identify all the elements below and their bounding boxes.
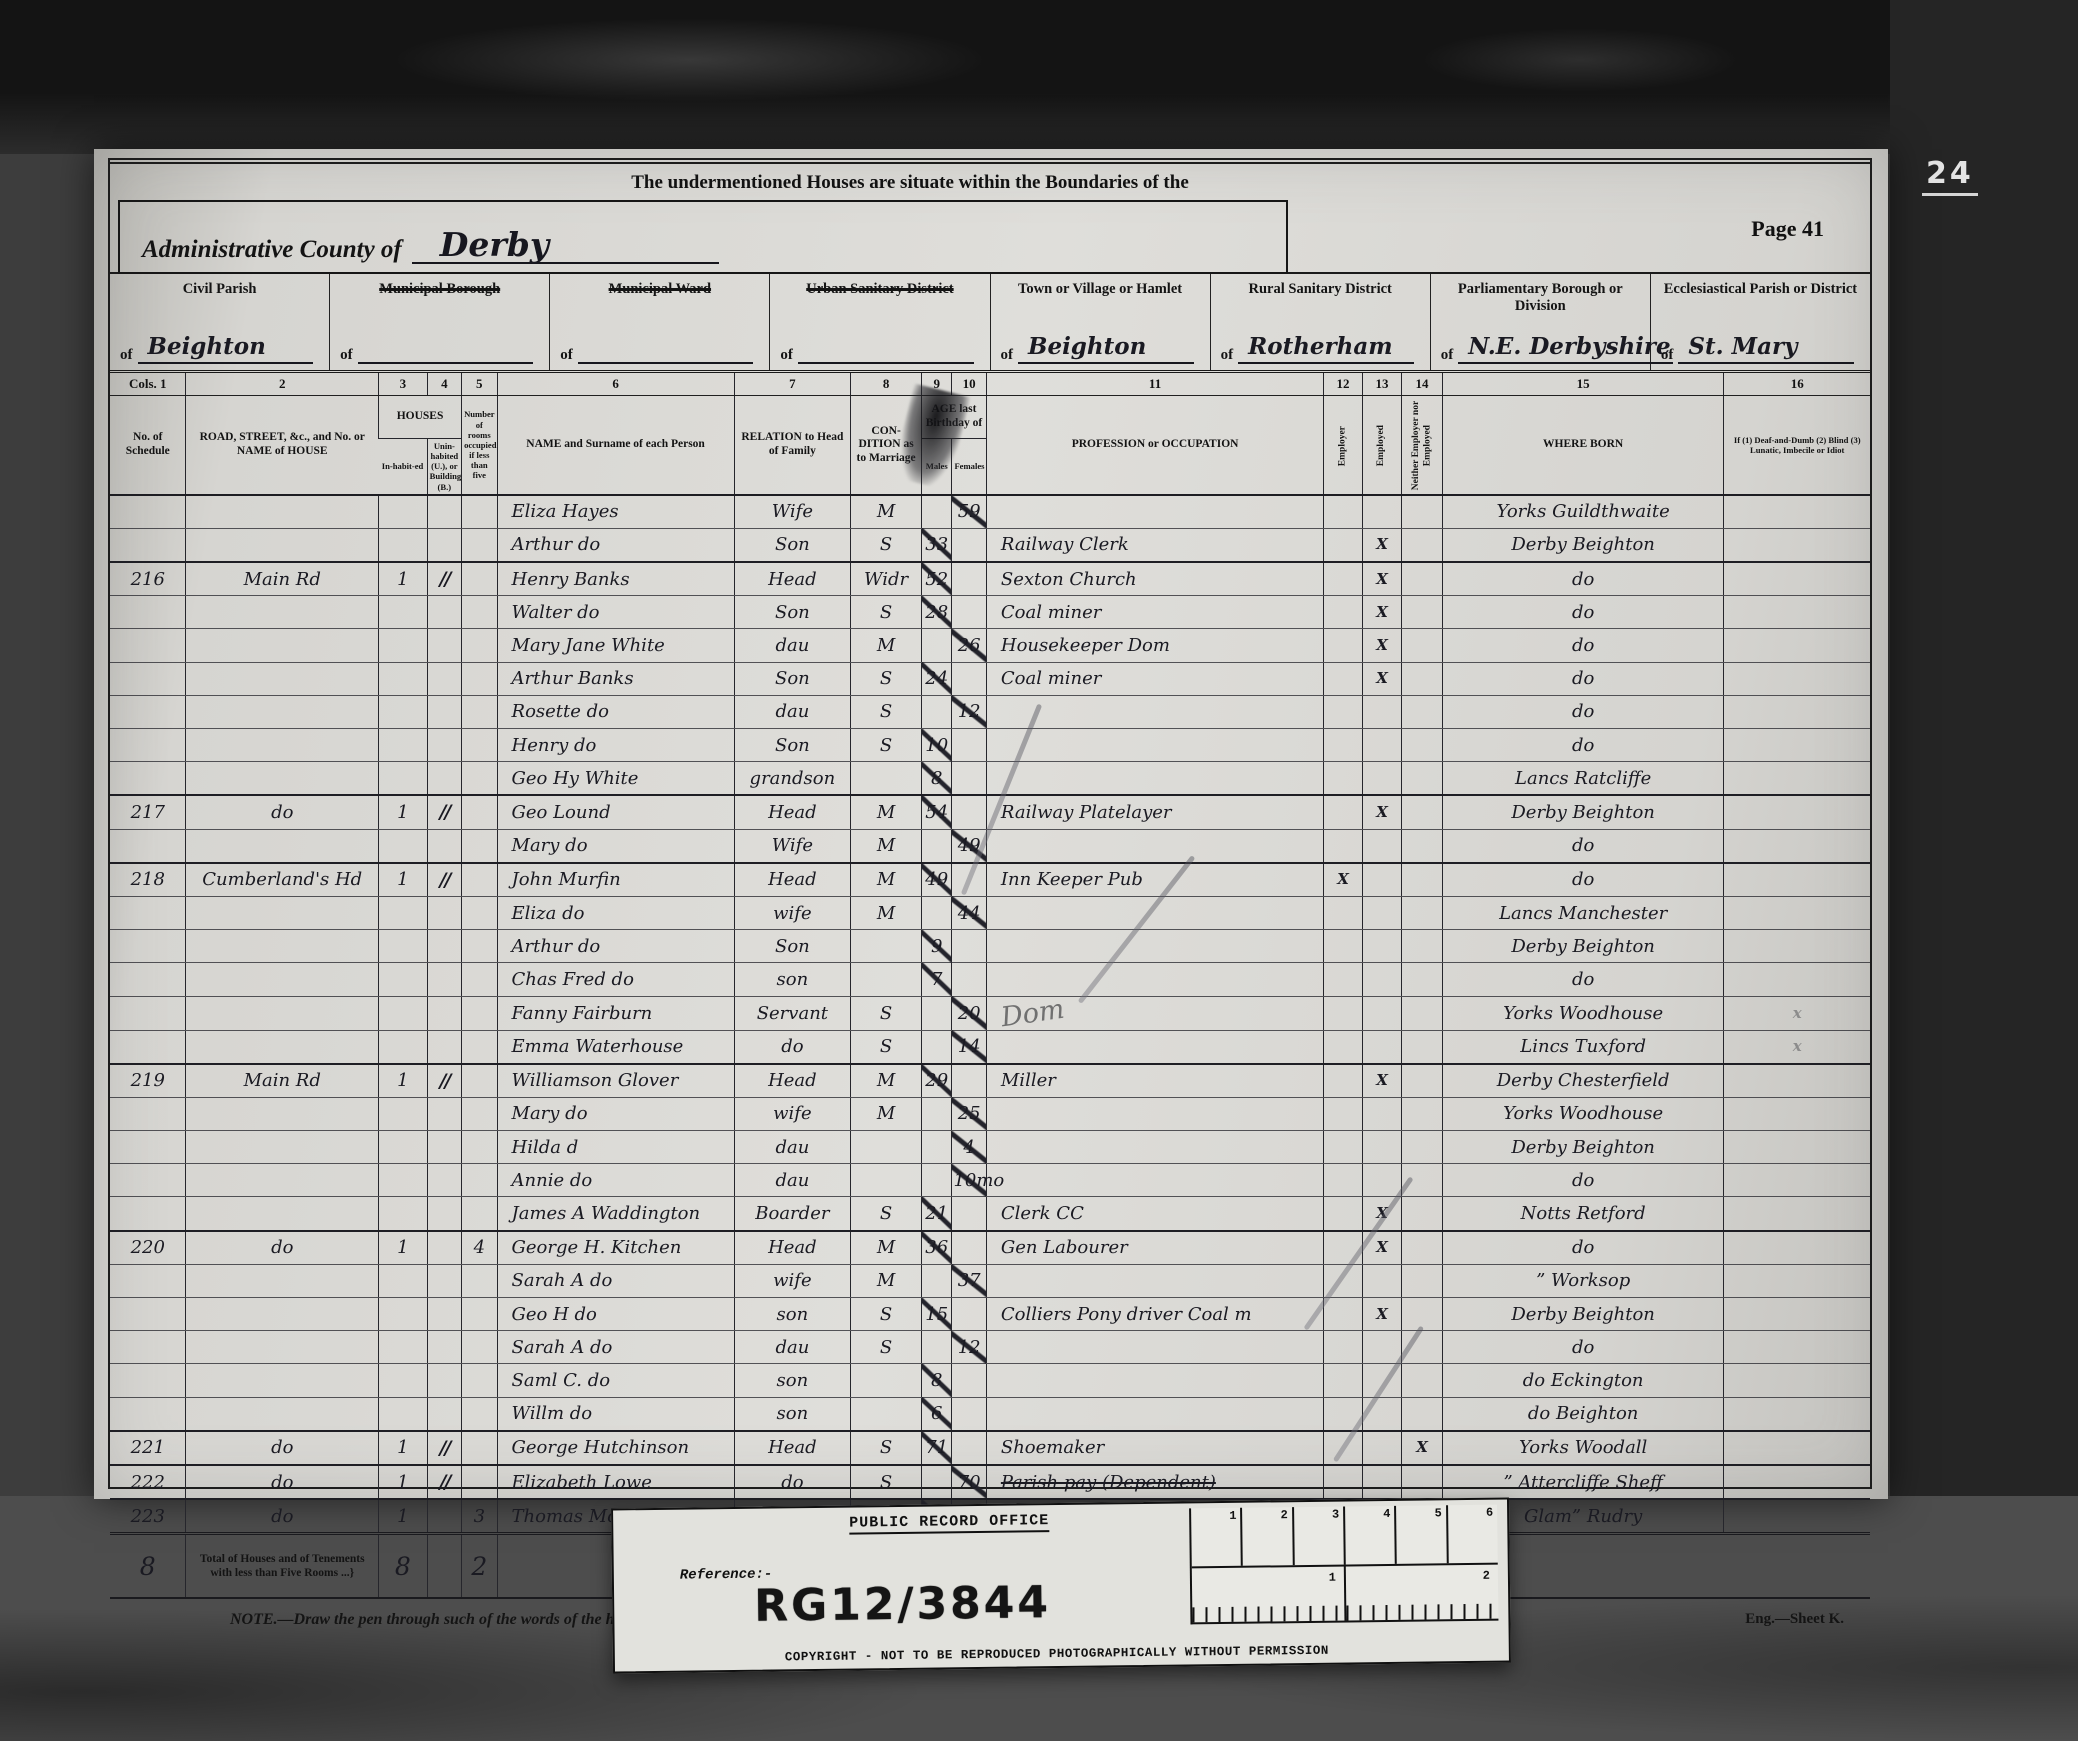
total-schedules: 8 (110, 1534, 186, 1599)
district-value-handwritten (798, 333, 974, 364)
value-infirm: x (1793, 1037, 1802, 1055)
district-label: Municipal Borough (330, 281, 549, 298)
cell-mark (427, 629, 461, 662)
cell-sched (110, 1397, 186, 1431)
value-rel: wife (773, 1103, 811, 1124)
cell-occ: Dom (986, 996, 1323, 1030)
cell-sched (110, 1030, 186, 1064)
value-born: ” Worksop (1536, 1270, 1630, 1291)
value-name: Geo H do (512, 1304, 597, 1325)
district-label: Parliamentary Borough or Division (1431, 281, 1650, 316)
cell-infirm (1724, 1298, 1870, 1331)
value-name: Arthur do (512, 534, 601, 555)
ruler-cell: 1 (1192, 1567, 1347, 1623)
cell-rel: Son (734, 930, 851, 963)
cell-cond: S (851, 596, 922, 629)
value-empd: X (1376, 1305, 1388, 1323)
cell-born: Lancs Ratcliffe (1442, 762, 1724, 796)
cell-mark (427, 1264, 461, 1297)
cell-rooms (462, 695, 497, 728)
district-label: Municipal Ward (550, 281, 769, 298)
totals-houses-label: Total of Houses and of Tenements with le… (186, 1534, 379, 1599)
district-of-line: ofN.E. Derbyshire (1441, 333, 1634, 364)
cell-neither (1402, 963, 1443, 996)
cell-inh: 1 (379, 1231, 428, 1265)
cell-empd (1362, 1264, 1402, 1297)
value-m: 24 (925, 668, 948, 689)
value-m: 54 (925, 802, 948, 823)
cell-name: Chas Fred do (497, 963, 734, 996)
value-neither: X (1416, 1438, 1428, 1456)
cell-emp (1324, 1231, 1363, 1265)
value-m: 8 (931, 1370, 942, 1391)
cell-f: 44 (952, 896, 986, 929)
cell-occ: Gen Labourer (986, 1231, 1323, 1265)
col-number: 9 (922, 373, 952, 396)
cell-road (186, 695, 379, 728)
cell-m (922, 996, 952, 1030)
cell-emp (1324, 1264, 1363, 1297)
cell-occ (986, 1164, 1323, 1197)
value-rel: wife (773, 1270, 811, 1291)
cell-rooms (462, 795, 497, 829)
cell-inh (379, 1397, 428, 1431)
cell-born: Yorks Woodhouse (1442, 1097, 1724, 1130)
cell-empd (1362, 930, 1402, 963)
cell-cond: M (851, 863, 922, 897)
ruler-top-scale: 123456 (1191, 1505, 1498, 1569)
value-name: Sarah A do (512, 1270, 613, 1291)
value-rel: Son (775, 668, 810, 689)
cell-cond: S (851, 695, 922, 728)
value-name: Willm do (512, 1403, 593, 1424)
cell-sched: 218 (110, 863, 186, 897)
value-born: do Beighton (1528, 1403, 1639, 1424)
cell-m: 33 (922, 528, 952, 562)
value-m: 6 (931, 1403, 942, 1424)
col-number: 3 (379, 373, 428, 396)
cell-occ (986, 762, 1323, 796)
cell-cond (851, 930, 922, 963)
of-label: of (1441, 347, 1454, 364)
cell-rel: Head (734, 863, 851, 897)
cell-emp (1324, 996, 1363, 1030)
value-born: do (1572, 1237, 1594, 1258)
cell-inh: 1 (379, 562, 428, 596)
census-row: Rosette dodauS12do (110, 695, 1870, 728)
value-cond: M (877, 802, 895, 823)
value-sched: 220 (131, 1237, 165, 1258)
cell-neither (1402, 795, 1443, 829)
value-occ: Clerk CC (1001, 1203, 1084, 1224)
cell-mark (427, 762, 461, 796)
cell-cond: S (851, 996, 922, 1030)
cell-mark (427, 896, 461, 929)
cell-inh: 1 (379, 1431, 428, 1465)
value-cond: S (880, 602, 892, 623)
cell-emp (1324, 1298, 1363, 1331)
cell-emp (1324, 562, 1363, 596)
cell-sched: 222 (110, 1465, 186, 1499)
value-cond: S (880, 1036, 892, 1057)
cell-name: Arthur do (497, 930, 734, 963)
value-rooms: 4 (474, 1237, 485, 1258)
cell-road (186, 829, 379, 863)
cell-occ (986, 829, 1323, 863)
value-m: 36 (925, 1237, 948, 1258)
cell-neither (1402, 1397, 1443, 1431)
col-number: 8 (851, 373, 922, 396)
census-row: James A WaddingtonBoarderS21Clerk CCXNot… (110, 1197, 1870, 1231)
cell-m (922, 829, 952, 863)
cell-rooms: 4 (462, 1231, 497, 1265)
cell-mark (427, 662, 461, 695)
value-rel: Head (768, 1237, 817, 1258)
cell-name: John Murfin (497, 863, 734, 897)
col-number: 12 (1324, 373, 1363, 396)
cell-empd (1362, 1331, 1402, 1364)
value-road: Main Rd (244, 1070, 321, 1091)
background-right-band (1890, 0, 2078, 1741)
col-number: 7 (734, 373, 851, 396)
cell-rooms (462, 829, 497, 863)
census-row: 216Main Rd1//Henry BanksHeadWidr52Sexton… (110, 562, 1870, 596)
situate-statement: The undermentioned Houses are situate wi… (540, 172, 1280, 194)
county-label: Administrative County of (142, 236, 402, 264)
value-rel: Head (768, 1437, 817, 1458)
header-rooms: Number of rooms occupied if less than fi… (462, 396, 497, 495)
value-f: 20 (958, 1003, 981, 1024)
cell-occ: Colliers Pony driver Coal m (986, 1298, 1323, 1331)
cell-cond: S (851, 528, 922, 562)
cell-empd (1362, 1431, 1402, 1465)
census-row: Walter doSonS28Coal minerXdo (110, 596, 1870, 629)
value-cond: M (877, 501, 895, 522)
cell-occ: Housekeeper Dom (986, 629, 1323, 662)
total-uninhabited (427, 1534, 461, 1599)
cell-rooms (462, 1298, 497, 1331)
cell-empd: X (1362, 562, 1402, 596)
cell-cond: Widr (851, 562, 922, 596)
value-m: 21 (925, 1203, 948, 1224)
cell-rooms (462, 1064, 497, 1098)
cell-m: 54 (922, 795, 952, 829)
district-of-line: of (780, 333, 973, 364)
ruler-number: 4 (1383, 1507, 1390, 1521)
col-number: 13 (1362, 373, 1402, 396)
cell-neither (1402, 1030, 1443, 1064)
of-label: of (340, 347, 353, 364)
census-row: 219Main Rd1//Williamson GloverHeadM29Mil… (110, 1064, 1870, 1098)
value-name: Mary do (512, 835, 588, 856)
cell-inh (379, 596, 428, 629)
cell-infirm (1724, 1331, 1870, 1364)
cell-m: 10 (922, 729, 952, 762)
header-where-born: WHERE BORN (1442, 396, 1724, 495)
value-cond: M (877, 1270, 895, 1291)
cell-rooms (462, 596, 497, 629)
cell-sched (110, 495, 186, 529)
cell-empd (1362, 863, 1402, 897)
ruler-cell: 5 (1396, 1505, 1448, 1564)
cell-f: 10mo (952, 1164, 986, 1197)
cell-rel: dau (734, 695, 851, 728)
cell-cond: S (851, 1465, 922, 1499)
census-row: Sarah A dowifeM37” Worksop (110, 1264, 1870, 1297)
cell-infirm (1724, 829, 1870, 863)
cell-infirm (1724, 629, 1870, 662)
value-f: 70 (958, 1472, 981, 1493)
cell-name: Mary do (497, 1097, 734, 1130)
cell-neither (1402, 1465, 1443, 1499)
cell-emp: X (1324, 863, 1363, 897)
census-row: Willm doson6do Beighton (110, 1397, 1870, 1431)
value-born: Derby Beighton (1511, 1304, 1655, 1325)
value-cond: S (880, 735, 892, 756)
header-schedule: No. of Schedule (110, 396, 186, 495)
cell-occ (986, 1397, 1323, 1431)
cell-infirm (1724, 1197, 1870, 1231)
cell-infirm (1724, 930, 1870, 963)
cell-neither (1402, 1331, 1443, 1364)
value-name: Geo Hy White (512, 768, 639, 789)
value-name: Henry Banks (512, 569, 630, 590)
cell-cond: S (851, 1298, 922, 1331)
cell-emp (1324, 1030, 1363, 1064)
header-uninhabited: Unin-habited (U.), or Building (B.) (427, 439, 461, 495)
value-born: do (1572, 969, 1594, 990)
cell-m (922, 629, 952, 662)
value-cond: S (880, 1472, 892, 1493)
census-rows: Eliza HayesWifeM59Yorks GuildthwaiteArth… (110, 495, 1870, 1534)
ruler-number: 3 (1332, 1508, 1339, 1522)
cell-emp (1324, 1431, 1363, 1465)
cell-infirm (1724, 528, 1870, 562)
cell-neither (1402, 930, 1443, 963)
value-cond: S (880, 668, 892, 689)
value-born: Lincs Tuxford (1520, 1036, 1646, 1057)
cell-infirm (1724, 963, 1870, 996)
cell-road (186, 1331, 379, 1364)
value-occ: Sexton Church (1001, 569, 1137, 590)
cell-cond: M (851, 1097, 922, 1130)
cell-f: 12 (952, 695, 986, 728)
value-occ: Shoemaker (1001, 1437, 1104, 1458)
ruler-number: 1 (1229, 1509, 1236, 1523)
cell-emp (1324, 829, 1363, 863)
cell-infirm (1724, 1164, 1870, 1197)
cell-inh (379, 729, 428, 762)
cell-inh: 1 (379, 1465, 428, 1499)
value-m: 71 (925, 1437, 948, 1458)
cell-emp (1324, 762, 1363, 796)
cell-mark (427, 1164, 461, 1197)
of-label: of (560, 347, 573, 364)
cell-infirm (1724, 1431, 1870, 1465)
cell-rooms (462, 996, 497, 1030)
cell-sched (110, 729, 186, 762)
cell-rel: Servant (734, 996, 851, 1030)
value-cond: M (877, 869, 895, 890)
cell-empd (1362, 762, 1402, 796)
stamp-reference-number: RG12/3844 (754, 1577, 1051, 1632)
cell-m: 52 (922, 562, 952, 596)
cell-born: do Beighton (1442, 1397, 1724, 1431)
cell-mark (427, 1231, 461, 1265)
cell-rooms (462, 1030, 497, 1064)
cell-rel: Son (734, 662, 851, 695)
value-empd: X (1376, 603, 1388, 621)
cell-inh (379, 1364, 428, 1397)
cell-emp (1324, 1064, 1363, 1098)
cell-inh: 1 (379, 1499, 428, 1534)
value-m: 33 (925, 534, 948, 555)
value-mark: // (439, 801, 449, 823)
cell-infirm: x (1724, 996, 1870, 1030)
cell-emp (1324, 930, 1363, 963)
cell-rel: wife (734, 1097, 851, 1130)
header-relation: RELATION to Head of Family (734, 396, 851, 495)
cell-empd: X (1362, 795, 1402, 829)
cell-f (952, 1364, 986, 1397)
value-m: 8 (931, 768, 942, 789)
cell-inh (379, 1298, 428, 1331)
cell-infirm (1724, 695, 1870, 728)
cell-road: do (186, 1231, 379, 1265)
census-row: 217do1//Geo LoundHeadM54Railway Platelay… (110, 795, 1870, 829)
cell-inh (379, 1197, 428, 1231)
cell-sched: 216 (110, 562, 186, 596)
cell-empd: X (1362, 1064, 1402, 1098)
value-rel: do (781, 1472, 803, 1493)
value-sched: 219 (131, 1070, 165, 1091)
cell-neither (1402, 1164, 1443, 1197)
cell-occ (986, 729, 1323, 762)
header-males: Males (922, 439, 952, 495)
cell-f: 14 (952, 1030, 986, 1064)
cell-cond: M (851, 1064, 922, 1098)
district-cell: Civil ParishofBeighton (110, 274, 330, 370)
cell-m (922, 495, 952, 529)
cell-inh (379, 963, 428, 996)
cell-born: do (1442, 1331, 1724, 1364)
header-houses-group: HOUSES (379, 396, 462, 439)
cell-mark (427, 1030, 461, 1064)
background-smudge (1420, 28, 1740, 92)
cell-road (186, 495, 379, 529)
county-value-handwritten: Derby (412, 230, 719, 264)
value-name: Fanny Fairburn (512, 1003, 653, 1024)
census-row: 218Cumberland's Hd1//John MurfinHeadM49I… (110, 863, 1870, 897)
value-born: Yorks Woodhouse (1503, 1103, 1663, 1124)
cell-inh (379, 1331, 428, 1364)
value-name: Sarah A do (512, 1337, 613, 1358)
census-row: 220do14George H. KitchenHeadM36Gen Labou… (110, 1231, 1870, 1265)
cell-m (922, 1465, 952, 1499)
value-occ: Inn Keeper Pub (1001, 869, 1143, 890)
public-record-office-stamp: PUBLIC RECORD OFFICE Reference:- RG12/38… (611, 1498, 1511, 1674)
cell-rooms (462, 729, 497, 762)
cell-mark (427, 1097, 461, 1130)
cell-f (952, 795, 986, 829)
value-name: Chas Fred do (512, 969, 634, 990)
cell-rel: dau (734, 1164, 851, 1197)
cell-f: 49 (952, 829, 986, 863)
value-born: do (1572, 569, 1594, 590)
measurement-ruler: 123456 12 (1189, 1505, 1498, 1625)
cell-mark (427, 596, 461, 629)
census-row: Fanny FairburnServantS20DomYorks Woodhou… (110, 996, 1870, 1030)
cell-rel: wife (734, 896, 851, 929)
cell-empd (1362, 1465, 1402, 1499)
form-border: Administrative County of Derby The under… (108, 158, 1872, 1489)
census-row: Arthur BanksSonS24Coal minerXdo (110, 662, 1870, 695)
cell-neither (1402, 1097, 1443, 1130)
cell-road (186, 930, 379, 963)
district-cell: Rural Sanitary DistrictofRotherham (1211, 274, 1431, 370)
cell-rel: Head (734, 795, 851, 829)
cell-mark (427, 829, 461, 863)
cell-m (922, 1331, 952, 1364)
cell-road (186, 1097, 379, 1130)
cell-rel: dau (734, 629, 851, 662)
cell-mark (427, 528, 461, 562)
value-inh: 1 (397, 1237, 408, 1258)
col-number: 2 (186, 373, 379, 396)
cell-neither (1402, 762, 1443, 796)
cell-born: do (1442, 1164, 1724, 1197)
cell-name: James A Waddington (497, 1197, 734, 1231)
cell-born: do Eckington (1442, 1364, 1724, 1397)
of-label: of (1221, 347, 1234, 364)
header-employer: Employer (1324, 396, 1363, 495)
cell-name: Rosette do (497, 695, 734, 728)
district-cell: Parliamentary Borough or DivisionofN.E. … (1431, 274, 1651, 370)
cell-infirm (1724, 1264, 1870, 1297)
cell-road (186, 1364, 379, 1397)
district-label: Rural Sanitary District (1211, 281, 1430, 298)
col-number: 10 (952, 373, 986, 396)
cell-rel: dau (734, 1131, 851, 1164)
value-born: Notts Retford (1521, 1203, 1646, 1224)
cell-rooms (462, 1431, 497, 1465)
cell-born: Lincs Tuxford (1442, 1030, 1724, 1064)
cell-cond (851, 1397, 922, 1431)
district-value-handwritten: N.E. Derbyshire (1458, 333, 1672, 364)
value-name: George Hutchinson (512, 1437, 690, 1458)
ruler-bottom-scale: 12 (1192, 1565, 1499, 1623)
value-inh: 1 (397, 802, 408, 823)
value-f: 37 (958, 1270, 981, 1291)
ruler-cell: 3 (1294, 1507, 1346, 1566)
value-sched: 217 (131, 802, 165, 823)
cell-rooms: 3 (462, 1499, 497, 1534)
cell-emp (1324, 1397, 1363, 1431)
cell-f (952, 729, 986, 762)
cell-road (186, 963, 379, 996)
value-f: 25 (958, 1103, 981, 1124)
cell-m (922, 1097, 952, 1130)
value-mark: // (439, 1437, 449, 1459)
value-inh: 1 (397, 1506, 408, 1527)
census-row: Geo H dosonS15Colliers Pony driver Coal … (110, 1298, 1870, 1331)
value-born: do (1572, 835, 1594, 856)
cell-cond: S (851, 1331, 922, 1364)
cell-inh (379, 896, 428, 929)
district-cell: Urban Sanitary Districtof (770, 274, 990, 370)
cell-name: Eliza do (497, 896, 734, 929)
value-occ: Railway Clerk (1001, 534, 1129, 555)
